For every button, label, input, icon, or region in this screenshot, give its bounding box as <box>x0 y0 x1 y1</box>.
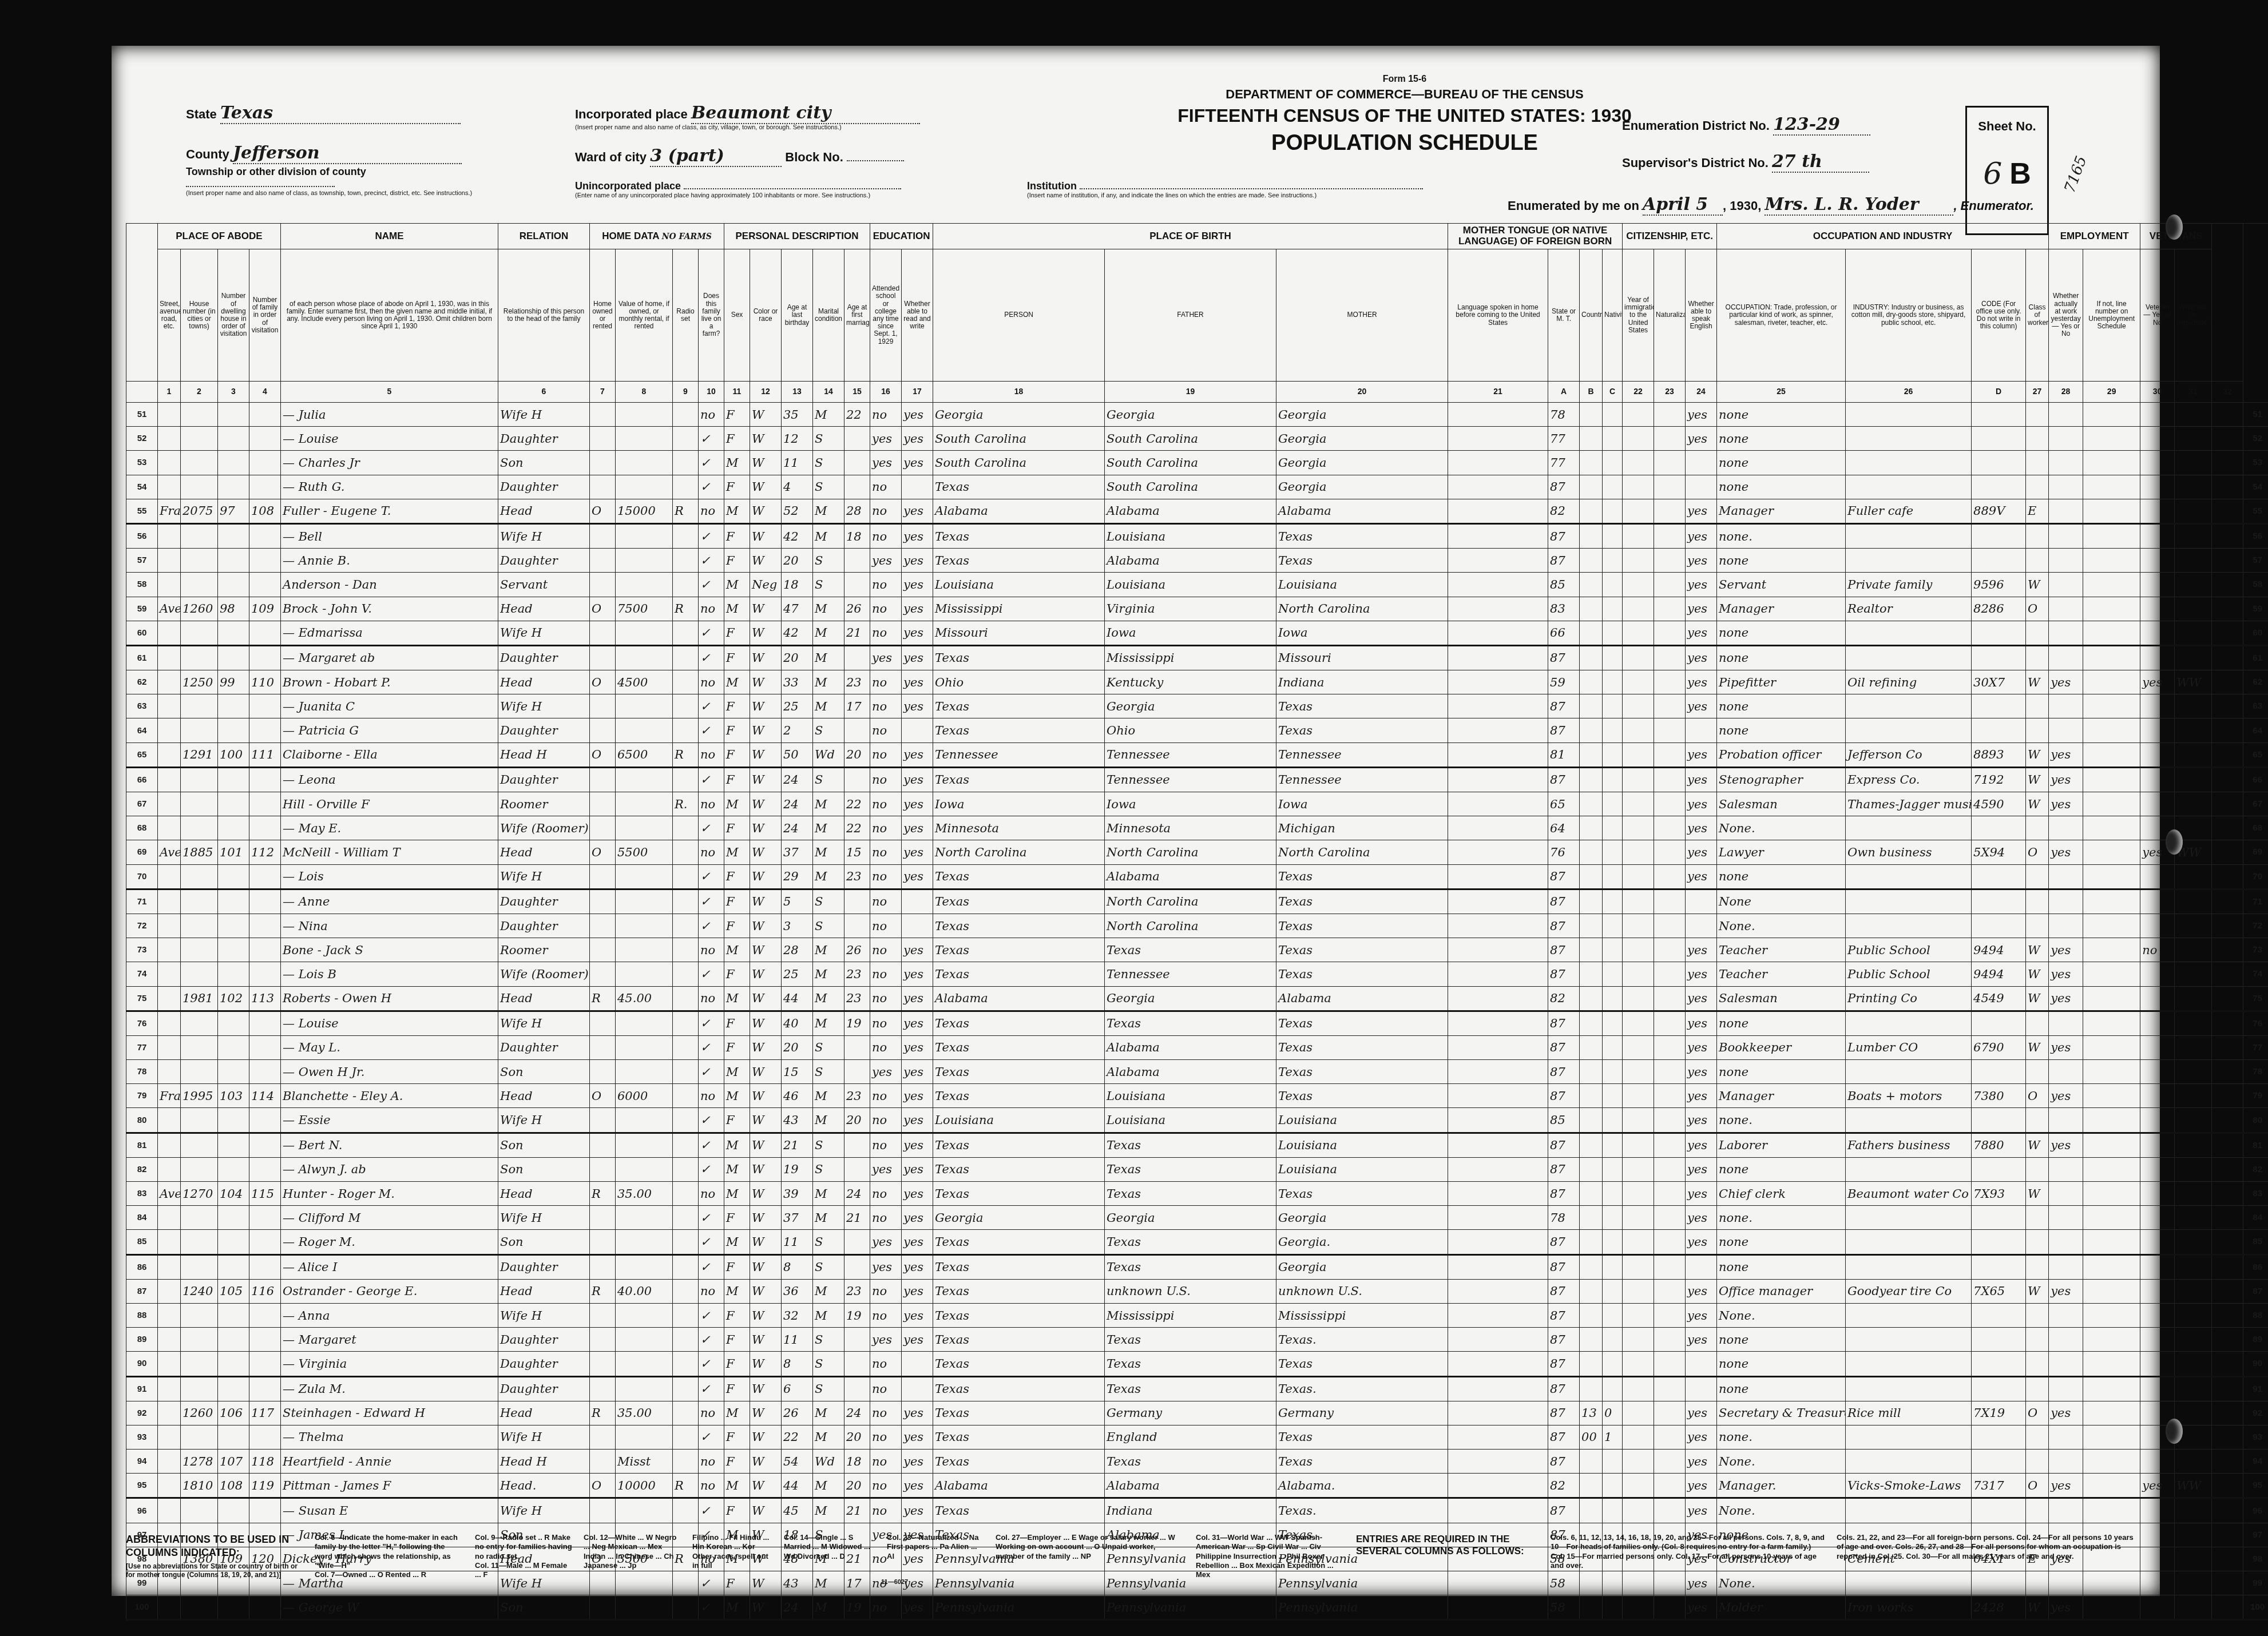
cell-race: W <box>750 1254 782 1279</box>
cell-dwelling <box>218 573 249 597</box>
cell-code-c <box>1603 475 1623 499</box>
cell-english <box>1686 889 1717 914</box>
cell-house <box>181 1157 218 1181</box>
cell-read: yes <box>902 451 933 475</box>
cell-code-a: 85 <box>1548 573 1580 597</box>
cell-class: O <box>2026 1474 2049 1498</box>
cell-dwelling: 103 <box>218 1084 249 1108</box>
cell-birth-mother: Texas <box>1276 1182 1448 1206</box>
cell-dwelling <box>218 1230 249 1254</box>
table-row: 69Avenue A1885101112McNeill - William TH… <box>126 840 2268 864</box>
cell-relation: Daughter <box>498 1328 590 1352</box>
line-number-right: 98 <box>2243 1547 2268 1571</box>
cell-code-c <box>1603 938 1623 962</box>
cell-industry: Public School <box>1846 938 1972 962</box>
cell-unemp <box>2083 1230 2140 1254</box>
cell-industry: Fuller cafe <box>1846 499 1972 523</box>
group-occupation: OCCUPATION AND INDUSTRY <box>1717 224 2049 249</box>
cell-marital: M <box>813 1108 844 1133</box>
cell-code-c <box>1603 1328 1623 1352</box>
cell-farm: no <box>699 840 724 864</box>
cell-read: yes <box>902 523 933 548</box>
cell-name: — Virginia <box>281 1352 498 1376</box>
col-header-D: CODE (For office use only. Do not write … <box>1972 249 2026 382</box>
cell-age: 8 <box>782 1352 813 1376</box>
table-row: 91— Zula M.Daughter✓FW6SnoTexasTexasTexa… <box>126 1376 2268 1401</box>
cell-unemp <box>2083 742 2140 767</box>
cell-class <box>2026 914 2049 938</box>
cell-war <box>2175 889 2212 914</box>
col-number: C <box>1603 382 1623 403</box>
ed-field: Enumeration District No. 123-29 <box>1622 114 1870 136</box>
cell-farm: no <box>699 1401 724 1425</box>
cell-birth-father: South Carolina <box>1105 427 1276 451</box>
cell-natur <box>1654 864 1686 889</box>
col-header-C: Nativity <box>1603 249 1623 382</box>
cell-age-marriage <box>844 573 870 597</box>
line-number-right: 92 <box>2243 1401 2268 1425</box>
cell-english: yes <box>1686 1328 1717 1352</box>
group-citizenship: CITIZENSHIP, ETC. <box>1623 224 1717 249</box>
cell-english: yes <box>1686 792 1717 816</box>
cell-immig <box>1623 938 1654 962</box>
cell-code-a: 66 <box>1548 621 1580 645</box>
table-row: 85— Roger M.Son✓MW11SyesyesTexasTexasGeo… <box>126 1230 2268 1254</box>
cell-farm-sched <box>2212 1182 2243 1206</box>
cell-relation: Head <box>498 1182 590 1206</box>
cell-lang <box>1448 1084 1548 1108</box>
cell-age: 21 <box>782 1133 813 1157</box>
cell-natur <box>1654 427 1686 451</box>
cell-lang <box>1448 475 1548 499</box>
cell-natur <box>1654 986 1686 1011</box>
cell-birth-mother: Tennessee <box>1276 742 1448 767</box>
cell-lang <box>1448 694 1548 718</box>
cell-immig <box>1623 1401 1654 1425</box>
cell-birth-mother: Texas <box>1276 1011 1448 1035</box>
col-header-20: MOTHER <box>1276 249 1448 382</box>
cell-natur <box>1654 1182 1686 1206</box>
cell-code-b <box>1580 1011 1603 1035</box>
cell-vet <box>2140 1035 2175 1059</box>
cell-dwelling <box>218 451 249 475</box>
cell-race: W <box>750 1595 782 1620</box>
cell-age-marriage: 23 <box>844 864 870 889</box>
cell-relation: Head H <box>498 742 590 767</box>
cell-at-work <box>2049 451 2083 475</box>
line-number: 84 <box>126 1206 158 1230</box>
table-row: 58Anderson - DanServant✓MNeg18SnoyesLoui… <box>126 573 2268 597</box>
cell-name: — Louise <box>281 1011 498 1035</box>
cell-street <box>158 1450 181 1474</box>
cell-vet <box>2140 1254 2175 1279</box>
cell-unemp <box>2083 1328 2140 1352</box>
cell-age-marriage: 24 <box>844 1182 870 1206</box>
cell-industry <box>1846 523 1972 548</box>
line-number-right: 99 <box>2243 1571 2268 1595</box>
cell-class: W <box>2026 573 2049 597</box>
cell-radio <box>673 1425 699 1449</box>
cell-radio <box>673 1376 699 1401</box>
cell-marital: M <box>813 1084 844 1108</box>
cell-code-a: 81 <box>1548 742 1580 767</box>
cell-street <box>158 1011 181 1035</box>
col-number: 27 <box>2026 382 2049 403</box>
cell-at-work <box>2049 914 2083 938</box>
cell-age: 15 <box>782 1060 813 1084</box>
cell-read: yes <box>902 767 933 792</box>
cell-read <box>902 914 933 938</box>
cell-sex: F <box>724 864 750 889</box>
col-number: 15 <box>844 382 870 403</box>
cell-street <box>158 986 181 1011</box>
cell-street <box>158 1376 181 1401</box>
line-number-right: 78 <box>2243 1060 2268 1084</box>
cell-occupation: Laborer <box>1717 1133 1846 1157</box>
cell-dwelling <box>218 1108 249 1133</box>
cell-occupation: Probation officer <box>1717 742 1846 767</box>
cell-birth-person: Louisiana <box>933 573 1105 597</box>
line-number-right: 69 <box>2243 840 2268 864</box>
line-number: 62 <box>126 670 158 694</box>
cell-school: no <box>870 1279 902 1303</box>
cell-birth-person: Alabama <box>933 986 1105 1011</box>
cell-at-work <box>2049 403 2083 427</box>
cell-occupation: none. <box>1717 1425 1846 1449</box>
line-number-right: 67 <box>2243 792 2268 816</box>
cell-school: no <box>870 1133 902 1157</box>
cell-natur <box>1654 1035 1686 1059</box>
cell-age-marriage: 22 <box>844 403 870 427</box>
cell-radio <box>673 427 699 451</box>
cell-code-b <box>1580 986 1603 1011</box>
cell-name: — May L. <box>281 1035 498 1059</box>
cell-house <box>181 475 218 499</box>
cell-code-c <box>1603 1060 1623 1084</box>
cell-unemp <box>2083 670 2140 694</box>
col-header-15: Age at first marriage <box>844 249 870 382</box>
cell-industry: Vicks-Smoke-Laws <box>1846 1474 1972 1498</box>
cell-birth-person: Texas <box>933 914 1105 938</box>
cell-farm-sched <box>2212 1401 2243 1425</box>
cell-vet <box>2140 962 2175 986</box>
cell-english: yes <box>1686 1060 1717 1084</box>
cell-relation: Head <box>498 1084 590 1108</box>
cell-birth-father: Texas <box>1105 1230 1276 1254</box>
cell-school: yes <box>870 1328 902 1352</box>
cell-code-d: 7317 <box>1972 1474 2026 1498</box>
cell-lang <box>1448 1035 1548 1059</box>
cell-code-a: 87 <box>1548 889 1580 914</box>
cell-house <box>181 864 218 889</box>
cell-war: WW <box>2175 670 2212 694</box>
cell-immig <box>1623 597 1654 621</box>
cell-lang <box>1448 427 1548 451</box>
cell-code-b <box>1580 1108 1603 1133</box>
cell-relation: Head <box>498 1279 590 1303</box>
cell-marital: M <box>813 1474 844 1498</box>
cell-farm-sched <box>2212 1157 2243 1181</box>
cell-birth-person: Georgia <box>933 403 1105 427</box>
cell-farm: no <box>699 1182 724 1206</box>
cell-marital: S <box>813 1376 844 1401</box>
line-number: 89 <box>126 1328 158 1352</box>
col-number: 20 <box>1276 382 1448 403</box>
cell-vet <box>2140 742 2175 767</box>
col-number: 26 <box>1846 382 1972 403</box>
cell-farm: ✓ <box>699 1206 724 1230</box>
cell-occupation: None. <box>1717 816 1846 840</box>
cell-birth-person: Missouri <box>933 621 1105 645</box>
cell-unemp <box>2083 451 2140 475</box>
cell-farm: ✓ <box>699 1108 724 1133</box>
cell-race: W <box>750 1133 782 1157</box>
cell-race: W <box>750 1450 782 1474</box>
cell-value <box>616 718 673 742</box>
cell-lang <box>1448 523 1548 548</box>
cell-house: 1885 <box>181 840 218 864</box>
cell-english: yes <box>1686 1157 1717 1181</box>
cell-owned: O <box>590 1084 616 1108</box>
cell-occupation: Manager <box>1717 1084 1846 1108</box>
cell-english: yes <box>1686 499 1717 523</box>
cell-code-b: 00 <box>1580 1425 1603 1449</box>
cell-code-a: 78 <box>1548 1206 1580 1230</box>
cell-house: 1260 <box>181 597 218 621</box>
cell-code-b <box>1580 1303 1603 1327</box>
cell-family <box>249 475 281 499</box>
cell-marital: M <box>813 1498 844 1523</box>
table-row: 89— MargaretDaughter✓FW11SyesyesTexasTex… <box>126 1328 2268 1352</box>
cell-read: yes <box>902 1595 933 1620</box>
cell-at-work <box>2049 475 2083 499</box>
cell-age: 25 <box>782 694 813 718</box>
cell-immig <box>1623 840 1654 864</box>
cell-name: Roberts - Owen H <box>281 986 498 1011</box>
cell-farm-sched <box>2212 694 2243 718</box>
cell-relation: Roomer <box>498 938 590 962</box>
cell-birth-father: Kentucky <box>1105 670 1276 694</box>
cell-immig <box>1623 1206 1654 1230</box>
cell-war <box>2175 1303 2212 1327</box>
cell-farm-sched <box>2212 792 2243 816</box>
cell-code-b <box>1580 451 1603 475</box>
cell-sex: F <box>724 1328 750 1352</box>
table-row: 63— Juanita CWife H✓FW25M17noyesTexasGeo… <box>126 694 2268 718</box>
cell-marital: Wd <box>813 742 844 767</box>
cell-family <box>249 1595 281 1620</box>
cell-age-marriage <box>844 1376 870 1401</box>
cell-street: Avenue A <box>158 597 181 621</box>
col-header-31: What war or expedition? <box>2175 249 2212 382</box>
cell-street <box>158 1498 181 1523</box>
cell-english: yes <box>1686 1133 1717 1157</box>
cell-name: — Margaret ab <box>281 645 498 670</box>
cell-farm-sched <box>2212 523 2243 548</box>
cell-marital: S <box>813 914 844 938</box>
cell-race: W <box>750 499 782 523</box>
cell-vet <box>2140 1352 2175 1376</box>
cell-race: W <box>750 1474 782 1498</box>
cell-code-c <box>1603 549 1623 573</box>
cell-code-d: 7X93 <box>1972 1182 2026 1206</box>
col-header-8: Value of home, if owned, or monthly rent… <box>616 249 673 382</box>
cell-relation: Daughter <box>498 718 590 742</box>
cell-code-b <box>1580 573 1603 597</box>
line-number: 82 <box>126 1157 158 1181</box>
cell-owned <box>590 451 616 475</box>
cell-race: W <box>750 1401 782 1425</box>
cell-radio: R <box>673 499 699 523</box>
incorporated-value: Beaumont city <box>691 103 920 124</box>
cell-birth-mother: North Carolina <box>1276 597 1448 621</box>
cell-code-a: 76 <box>1548 840 1580 864</box>
cell-race: W <box>750 1303 782 1327</box>
cell-farm: ✓ <box>699 1595 724 1620</box>
cell-farm-sched <box>2212 1523 2243 1547</box>
line-number-right: 91 <box>2243 1376 2268 1401</box>
cell-name: Brown - Hobart P. <box>281 670 498 694</box>
cell-industry <box>1846 914 1972 938</box>
cell-owned <box>590 1303 616 1327</box>
cell-code-a: 87 <box>1548 767 1580 792</box>
cell-industry: Rice mill <box>1846 1401 1972 1425</box>
cell-birth-father: Tennessee <box>1105 962 1276 986</box>
table-row: 74— Lois BWife (Roomer)✓FW25M23noyesTexa… <box>126 962 2268 986</box>
cell-school: no <box>870 1035 902 1059</box>
col-number: 18 <box>933 382 1105 403</box>
group-employment: EMPLOYMENT <box>2049 224 2140 249</box>
unincorporated-field: Unincorporated place (Enter name of any … <box>575 180 901 199</box>
cell-age-marriage <box>844 767 870 792</box>
cell-school: no <box>870 1376 902 1401</box>
cell-value <box>616 767 673 792</box>
line-number-right: 63 <box>2243 694 2268 718</box>
cell-age: 24 <box>782 1595 813 1620</box>
cell-farm-sched <box>2212 427 2243 451</box>
cell-unemp <box>2083 816 2140 840</box>
cell-code-a: 87 <box>1548 1303 1580 1327</box>
cell-birth-mother: Alabama. <box>1276 1474 1448 1498</box>
cell-dwelling <box>218 1157 249 1181</box>
line-number-right: 94 <box>2243 1450 2268 1474</box>
cell-house <box>181 1254 218 1279</box>
cell-school: yes <box>870 1157 902 1181</box>
cell-farm: ✓ <box>699 573 724 597</box>
cell-dwelling <box>218 645 249 670</box>
cell-age: 45 <box>782 1498 813 1523</box>
cell-at-work <box>2049 1108 2083 1133</box>
line-number: 53 <box>126 451 158 475</box>
cell-birth-mother: Texas <box>1276 1352 1448 1376</box>
cell-relation: Head <box>498 597 590 621</box>
cell-unemp <box>2083 1401 2140 1425</box>
cell-code-c <box>1603 694 1623 718</box>
cell-birth-father: Virginia <box>1105 597 1276 621</box>
cell-vet <box>2140 1133 2175 1157</box>
cell-race: W <box>750 1230 782 1254</box>
cell-race: W <box>750 403 782 427</box>
sd-field: Supervisor's District No. 27 th <box>1622 152 1869 173</box>
cell-name: — Margaret <box>281 1328 498 1352</box>
cell-class: W <box>2026 767 2049 792</box>
cell-radio <box>673 938 699 962</box>
cell-english <box>1686 914 1717 938</box>
cell-age: 8 <box>782 1254 813 1279</box>
cell-war <box>2175 1011 2212 1035</box>
cell-name: — Anna <box>281 1303 498 1327</box>
cell-marital: M <box>813 670 844 694</box>
cell-war <box>2175 718 2212 742</box>
abbreviations-footer: ABBREVIATIONS TO BE USED IN COLUMNS INDI… <box>126 1533 2146 1590</box>
cell-family <box>249 938 281 962</box>
cell-marital: M <box>813 1425 844 1449</box>
cell-code-d <box>1972 475 2026 499</box>
cell-dwelling <box>218 427 249 451</box>
cell-english: yes <box>1686 1425 1717 1449</box>
cell-english: yes <box>1686 1206 1717 1230</box>
line-number-right: 68 <box>2243 816 2268 840</box>
cell-read: yes <box>902 1303 933 1327</box>
cell-race: W <box>750 816 782 840</box>
line-number: 69 <box>126 840 158 864</box>
cell-sex: F <box>724 889 750 914</box>
cell-class <box>2026 1157 2049 1181</box>
cell-english: yes <box>1686 1401 1717 1425</box>
cell-house <box>181 645 218 670</box>
col-header-30: Veteran — Yes or No <box>2140 249 2175 382</box>
cell-code-c <box>1603 1474 1623 1498</box>
cell-code-c <box>1603 403 1623 427</box>
cell-class <box>2026 694 2049 718</box>
cell-dwelling <box>218 694 249 718</box>
cell-read: yes <box>902 597 933 621</box>
cell-farm: no <box>699 403 724 427</box>
cell-lang <box>1448 670 1548 694</box>
cell-code-b <box>1580 523 1603 548</box>
cell-at-work <box>2049 597 2083 621</box>
cell-birth-person: Texas <box>933 475 1105 499</box>
group-relation: RELATION <box>498 224 590 249</box>
group-home-data: HOME DATA NO FARMS <box>590 224 724 249</box>
cell-industry <box>1846 1328 1972 1352</box>
line-number: 96 <box>126 1498 158 1523</box>
cell-vet: yes <box>2140 1474 2175 1498</box>
cell-owned <box>590 1035 616 1059</box>
cell-industry: Thames-Jagger music store <box>1846 792 1972 816</box>
cell-marital: S <box>813 767 844 792</box>
col-number: 19 <box>1105 382 1276 403</box>
line-number: 77 <box>126 1035 158 1059</box>
cell-code-d <box>1972 451 2026 475</box>
cell-marital: S <box>813 451 844 475</box>
cell-marital: S <box>813 1352 844 1376</box>
cell-code-a: 87 <box>1548 694 1580 718</box>
cell-lang <box>1448 792 1548 816</box>
cell-war <box>2175 742 2212 767</box>
cell-birth-father: Tennessee <box>1105 767 1276 792</box>
line-number: 73 <box>126 938 158 962</box>
cell-vet <box>2140 1084 2175 1108</box>
cell-lang <box>1448 451 1548 475</box>
cell-birth-father: Texas <box>1105 1328 1276 1352</box>
cell-code-d <box>1972 1303 2026 1327</box>
cell-code-c <box>1603 1011 1623 1035</box>
cell-occupation: none <box>1717 1060 1846 1084</box>
cell-code-c <box>1603 864 1623 889</box>
line-number: 61 <box>126 645 158 670</box>
cell-birth-person: Alabama <box>933 1474 1105 1498</box>
